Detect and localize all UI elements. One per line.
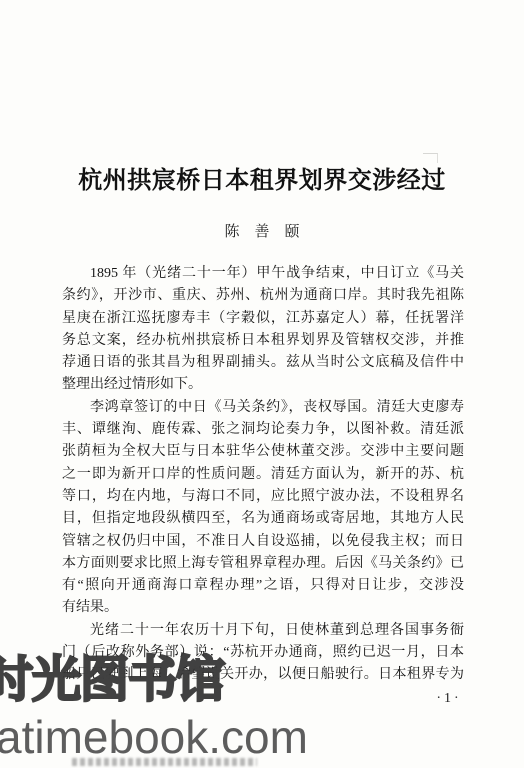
text-line: 荐通日语的张其昌为租界副捕头。兹从当时公文底稿及信件中: [62, 352, 464, 374]
text-line: 等口，均在内地，与海口不同，应比照宁波办法，不设租界名: [62, 486, 464, 508]
text-line: 有“照向开通商海口章程办理”之语，只得对日让步，交涉没: [62, 575, 464, 597]
text-line: 张荫桓为全权大臣与日本驻华公使林董交涉。交涉中主要问题: [62, 441, 464, 463]
text-line: 管辖之权仍归中国，不准日人自设巡捕，以免侵我主权；而日: [62, 531, 464, 553]
body-text: 1895 年（光绪二十一年）甲午战争结束，中日订立《马关条约》，开沙市、重庆、苏…: [62, 263, 464, 687]
page-number: ·1·: [414, 691, 484, 707]
article-title: 杭州拱宸桥日本租界划界交涉经过: [0, 160, 524, 195]
text-line: 有结果。: [62, 597, 464, 619]
text-line: 务总文案，经办杭州拱宸桥日本租界划界及管辖权交涉，并推: [62, 330, 464, 352]
text-line: 之一即为新开口岸的性质问题。清廷方面认为，新开的苏、杭: [62, 464, 464, 486]
text-line: 光绪二十一年农历十月下旬，日使林董到总理各国事务衙: [62, 620, 464, 642]
author-name: 陈 善 颐: [0, 220, 524, 241]
text-line: 目，但指定地段纵横四至，名为通商场或寄居地，其地方人民: [62, 508, 464, 530]
scanned-book-page: 杭州拱宸桥日本租界划界交涉经过 陈 善 颐 1895 年（光绪二十一年）甲午战争…: [0, 0, 524, 768]
paragraph: 李鸿章签订的中日《马关条约》，丧权辱国。清廷大吏廖寿丰、谭继洵、鹿传霖、张之洞均…: [62, 397, 464, 620]
watermark-library-logo: 时光图书馆: [0, 656, 224, 705]
paragraph: 1895 年（光绪二十一年）甲午战争结束，中日订立《马关条约》，开沙市、重庆、苏…: [62, 263, 464, 397]
text-line: 李鸿章签订的中日《马关条约》，丧权辱国。清廷大吏廖寿: [62, 397, 464, 419]
text-line: 星庚在浙江巡抚廖寿丰（字穀似，江苏嘉定人）幕，任抚署洋: [62, 308, 464, 330]
watermark-site-name: atimebook.com: [0, 714, 308, 760]
text-line: 1895 年（光绪二十一年）甲午战争结束，中日订立《马关: [62, 263, 464, 285]
text-line: 丰、谭继洵、鹿传霖、张之洞均论奏力争，以图补救。清廷派: [62, 419, 464, 441]
text-line: 条约》，开沙市、重庆、苏州、杭州为通商口岸。其时我先祖陈: [62, 285, 464, 307]
text-line: 整理出经过情形如下。: [62, 374, 464, 396]
text-line: 本方面则要求比照上海专管租界章程办理。后因《马关条约》已: [62, 553, 464, 575]
